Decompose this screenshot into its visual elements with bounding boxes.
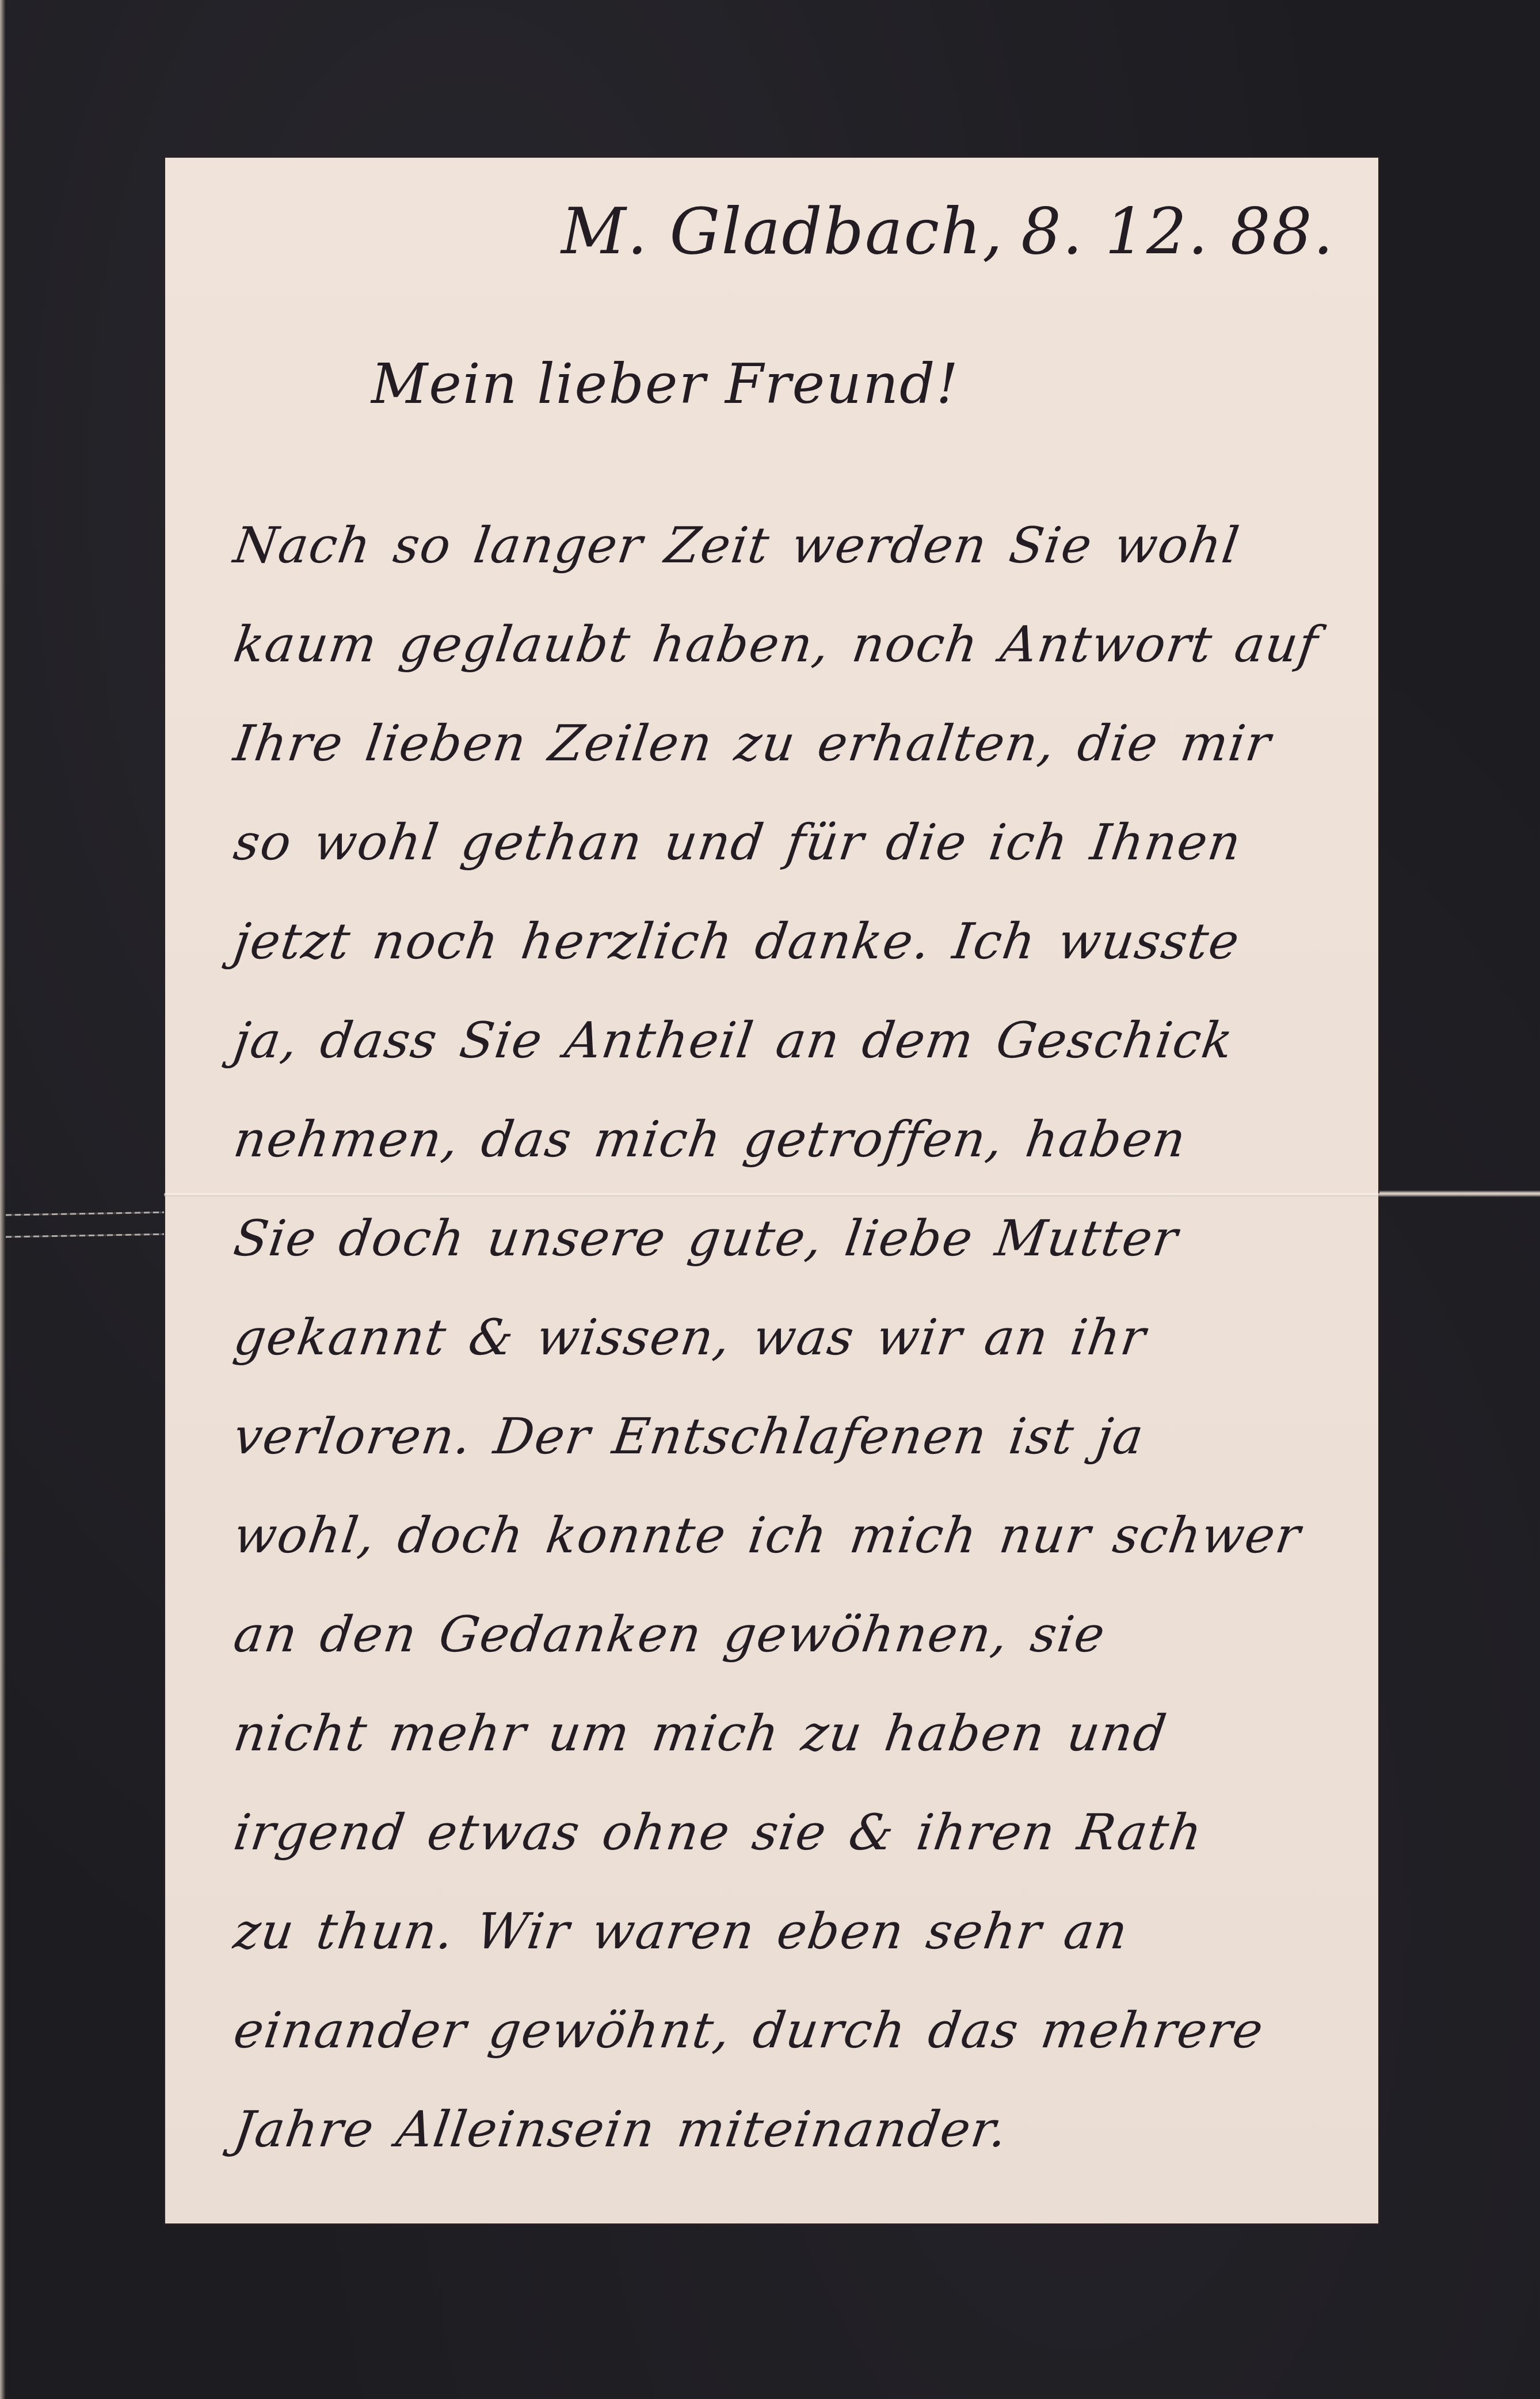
letter-line: an den Gedanken gewöhnen, sie <box>227 1585 1358 1684</box>
dateline-place: M. Gladbach, <box>561 195 1004 268</box>
letter-line: jetzt noch herzlich danke. Ich wusste <box>227 892 1358 991</box>
letter-line: gekannt & wissen, was wir an ihr <box>227 1288 1358 1387</box>
mourning-border-card: M. Gladbach,8. 12. 88. Mein lieber Freun… <box>0 0 1540 2399</box>
letter-line: Nach so langer Zeit werden Sie wohl <box>227 496 1358 595</box>
letter-line-closing: Jahre Alleinsein miteinander. <box>227 2080 1358 2179</box>
letter-paper: M. Gladbach,8. 12. 88. Mein lieber Freun… <box>164 157 1379 2225</box>
letter-line: nicht mehr um mich zu haben und <box>227 1684 1358 1783</box>
card-left-edge <box>0 0 6 2399</box>
letter-line: nehmen, das mich getroffen, haben <box>227 1090 1358 1189</box>
dateline-date: 8. 12. 88. <box>1021 195 1335 268</box>
letter-line: verloren. Der Entschlafenen ist ja <box>227 1387 1358 1486</box>
fold-crease-left <box>6 1200 173 1246</box>
letter-line: ja, dass Sie Antheil an dem Geschick <box>227 991 1358 1090</box>
letter-line: Ihre lieben Zeilen zu erhalten, die mir <box>227 694 1358 793</box>
letter-line: Sie doch unsere gute, liebe Mutter <box>227 1189 1358 1288</box>
letter-dateline: M. Gladbach,8. 12. 88. <box>561 191 1335 272</box>
letter-line: so wohl gethan und für die ich Ihnen <box>227 793 1358 892</box>
letter-line: irgend etwas ohne sie & ihren Rath <box>227 1783 1358 1882</box>
letter-line: wohl, doch konnte ich mich nur schwer <box>227 1486 1358 1585</box>
letter-salutation: Mein lieber Freund! <box>371 346 959 421</box>
letter-line: einander gewöhnt, durch das mehrere <box>227 1981 1358 2080</box>
letter-body: Nach so langer Zeit werden Sie wohl kaum… <box>227 496 1344 2179</box>
letter-line: kaum geglaubt haben, noch Antwort auf <box>227 595 1358 694</box>
fold-crease-right <box>1379 1190 1540 1197</box>
letter-line: zu thun. Wir waren eben sehr an <box>227 1882 1358 1981</box>
